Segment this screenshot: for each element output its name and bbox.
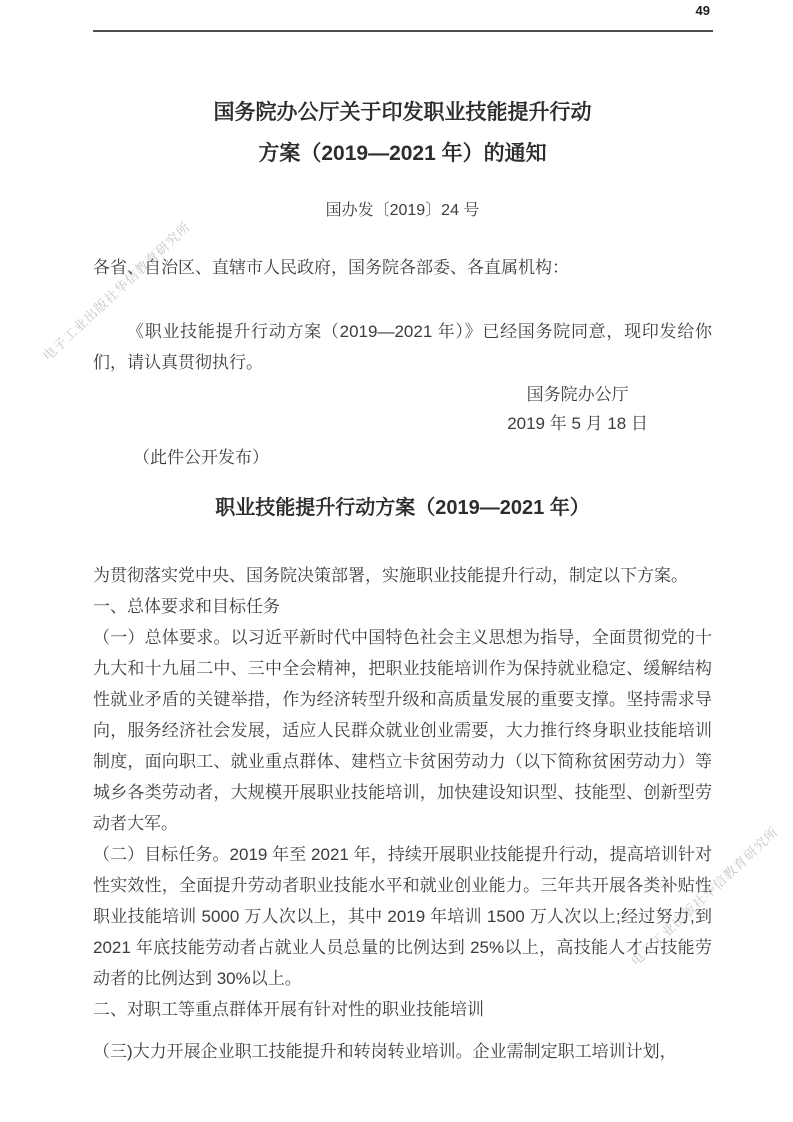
plan-paragraph: 一、总体要求和目标任务 (93, 591, 712, 622)
document-content: 国务院办公厅关于印发职业技能提升行动 方案（2019—2021 年）的通知 国办… (93, 92, 712, 1067)
plan-paragraph: （一）总体要求。以习近平新时代中国特色社会主义思想为指导，全面贯彻党的十九大和十… (93, 622, 712, 839)
notice-body: 《职业技能提升行动方案（2019—2021 年）》已经国务院同意，现印发给你们，… (93, 316, 712, 378)
notice-title: 国务院办公厅关于印发职业技能提升行动 方案（2019—2021 年）的通知 (93, 92, 712, 174)
signature-block: 国务院办公厅 2019 年 5 月 18 日 (507, 380, 648, 438)
plan-paragraphs: 为贯彻落实党中央、国务院决策部署，实施职业技能提升行动，制定以下方案。一、总体要… (93, 560, 712, 1067)
salutation: 各省、自治区、直辖市人民政府，国务院各部委、各直属机构： (93, 252, 712, 283)
plan-heading: 职业技能提升行动方案（2019—2021 年） (93, 494, 712, 522)
notice-title-line1: 国务院办公厅关于印发职业技能提升行动 (93, 92, 712, 133)
sign-date: 2019 年 5 月 18 日 (507, 409, 648, 438)
document-page: 电子工业出版社华信教育研究所 电子工业出版社华信教育研究所 49 国务院办公厅关… (0, 0, 793, 1122)
plan-paragraph: 二、对职工等重点群体开展有针对性的职业技能培训 (93, 994, 712, 1025)
document-number: 国办发〔2019〕24 号 (93, 200, 712, 222)
release-note: （此件公开发布） (93, 442, 712, 473)
page-number: 49 (696, 3, 710, 18)
plan-paragraph: （二）目标任务。2019 年至 2021 年，持续开展职业技能提升行动，提高培训… (93, 839, 712, 994)
plan-paragraph: 为贯彻落实党中央、国务院决策部署，实施职业技能提升行动，制定以下方案。 (93, 560, 712, 591)
notice-title-line2: 方案（2019—2021 年）的通知 (93, 133, 712, 174)
plan-paragraph: （三)大力开展企业职工技能提升和转岗转业培训。企业需制定职工培训计划， (93, 1036, 712, 1067)
signer: 国务院办公厅 (507, 380, 648, 409)
header-rule (93, 30, 713, 32)
